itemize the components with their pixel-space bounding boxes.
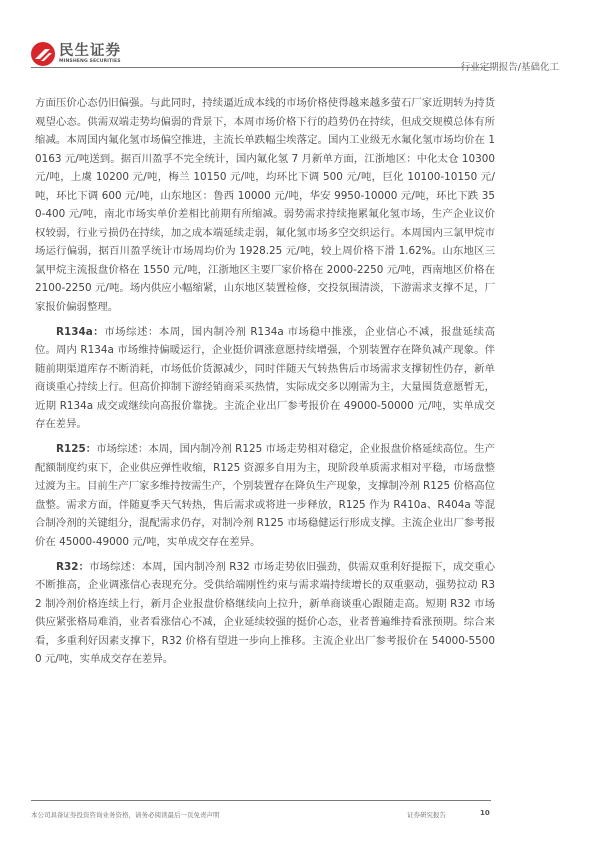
paragraph-text: 市场综述：本周，国内制冷剂 R32 市场走势依旧强劲，供需双重利好提振下，成交重… [35,561,495,666]
paragraph-text: 市场综述：本周，国内制冷剂 R134a 市场稳中推涨，企业信心不减，报盘延续高位… [35,326,495,431]
footer-report-type: 证券研究报告 [407,810,446,819]
brand-name-cn: 民生证券 [59,43,121,59]
paragraph-fluorspar-hf: 方面压价心态仍旧偏强。与此同时，持续逼近成本线的市场价格使得越来越多萤石厂家近期… [35,94,495,316]
brand-logo: 民生证券 MINSHENG SECURITIES [31,38,121,70]
paragraph-label: R32： [56,561,89,573]
page-header: 民生证券 MINSHENG SECURITIES 行业定期报告/基础化工 [31,30,491,70]
page-number: 10 [480,809,490,817]
header-divider [31,67,491,68]
paragraph-label: R134a： [56,326,104,338]
paragraph-text: 市场综述：本周，国内制冷剂 R125 市场走势相对稳定，企业报盘价格延续高位。生… [35,443,495,548]
paragraph-r32: R32：市场综述：本周，国内制冷剂 R32 市场走势依旧强劲，供需双重利好提振下… [35,558,495,669]
paragraph-label: R125： [56,443,96,455]
paragraph-r125: R125：市场综述：本周，国内制冷剂 R125 市场走势相对稳定，企业报盘价格延… [35,440,495,551]
paragraph-r134a: R134a：市场综述：本周，国内制冷剂 R134a 市场稳中推涨，企业信心不减，… [35,323,495,434]
brand-name-en: MINSHENG SECURITIES [59,59,121,65]
report-category: 行业定期报告/基础化工 [461,59,559,73]
brand-logo-icon [31,42,55,66]
footer-divider [31,800,491,801]
footer-disclaimer: 本公司具备证券投资咨询业务资格，请务必阅读最后一页免责声明 [31,810,220,819]
report-body: 方面压价心态仍旧偏强。与此同时，持续逼近成本线的市场价格使得越来越多萤石厂家近期… [35,94,495,675]
paragraph-text: 方面压价心态仍旧偏强。与此同时，持续逼近成本线的市场价格使得越来越多萤石厂家近期… [35,97,495,313]
